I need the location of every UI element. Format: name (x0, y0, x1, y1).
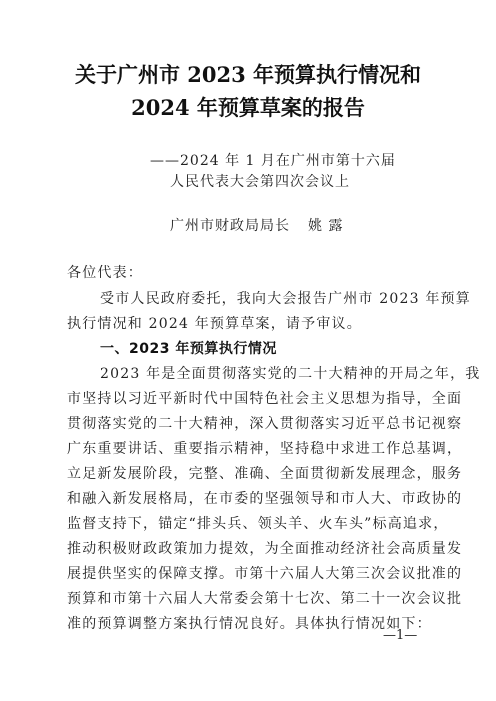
paragraph-line: 监督支持下，锚定“排头兵、领头羊、火车头”标高追求， (67, 513, 431, 533)
intro-line-2: 执行情况和 2024 年预算草案，请予审议。 (67, 313, 431, 333)
page-number: —1— (383, 628, 417, 643)
report-title-line-1: 关于广州市 2023 年预算执行情况和 (0, 59, 496, 89)
subtitle-line-2: 人民代表大会第四次会议上 (170, 171, 350, 191)
author-line: 广州市财政局局长姚 露 (170, 215, 343, 235)
paragraph-line: 广东重要讲话、重要指示精神，坚持稳中求进工作总基调， (67, 438, 431, 458)
paragraph-line: 展提供坚实的保障支撑。市第十六届人大第三次会议批准的 (67, 563, 431, 583)
intro-line-1: 受市人民政府委托，我向大会报告广州市 2023 年预算 (100, 288, 464, 308)
report-title-line-2: 2024 年预算草案的报告 (0, 92, 496, 122)
subtitle-line-1: ——2024 年 1 月在广州市第十六届 (150, 150, 396, 170)
salutation: 各位代表： (67, 262, 431, 282)
section-heading: 一、2023 年预算执行情况 (100, 338, 277, 358)
paragraph-line: 2023 年是全面贯彻落实党的二十大精神的开局之年，我 (100, 363, 464, 383)
paragraph-line: 市坚持以习近平新时代中国特色社会主义思想为指导，全面 (67, 388, 431, 408)
paragraph-line: 推动积极财政政策加力提效，为全面推动经济社会高质量发 (67, 538, 431, 558)
document-page: 关于广州市 2023 年预算执行情况和 2024 年预算草案的报告 ——2024… (0, 0, 496, 701)
author-name: 姚 露 (308, 218, 343, 234)
paragraph-line: 和融入新发展格局，在市委的坚强领导和市人大、市政协的 (67, 488, 431, 508)
paragraph-line: 立足新发展阶段，完整、准确、全面贯彻新发展理念，服务 (67, 463, 431, 483)
author-position: 广州市财政局局长 (170, 218, 290, 234)
paragraph-line: 贯彻落实党的二十大精神，深入贯彻落实习近平总书记视察 (67, 413, 431, 433)
paragraph-line: 准的预算调整方案执行情况良好。具体执行情况如下： (67, 613, 431, 633)
paragraph-line: 预算和市第十六届人大常委会第十七次、第二十一次会议批 (67, 588, 431, 608)
